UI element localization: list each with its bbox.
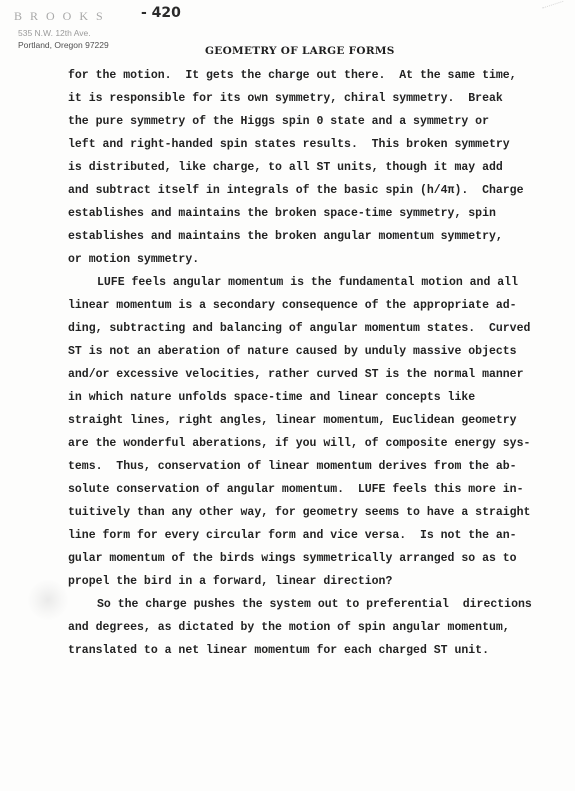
text-line: establishes and maintains the broken ang…	[68, 225, 532, 248]
text-line: So the charge pushes the system out to p…	[68, 593, 532, 616]
text-line: and degrees, as dictated by the motion o…	[68, 616, 532, 639]
text-line: gular momentum of the birds wings symmet…	[68, 547, 532, 570]
text-line: ding, subtracting and balancing of angul…	[68, 317, 532, 340]
text-line: in which nature unfolds space-time and l…	[68, 386, 532, 409]
stamp-address: 535 N.W. 12th Ave.	[18, 28, 91, 38]
text-line: and subtract itself in integrals of the …	[68, 179, 532, 202]
text-line: and/or excessive velocities, rather curv…	[68, 363, 532, 386]
text-line: tems. Thus, conservation of linear momen…	[68, 455, 532, 478]
document-body: for the motion. It gets the charge out t…	[68, 64, 532, 662]
text-line: for the motion. It gets the charge out t…	[68, 64, 532, 87]
text-line: solute conservation of angular momentum.…	[68, 478, 532, 501]
stamp-city: Portland, Oregon 97229	[18, 40, 109, 50]
text-line: is distributed, like charge, to all ST u…	[68, 156, 532, 179]
page-number-handwritten: - 420	[141, 5, 181, 21]
text-line: or motion symmetry.	[68, 248, 532, 271]
text-line: the pure symmetry of the Higgs spin 0 st…	[68, 110, 532, 133]
text-line: are the wonderful aberations, if you wil…	[68, 432, 532, 455]
text-line: LUFE feels angular momentum is the funda…	[68, 271, 532, 294]
text-line: line form for every circular form and vi…	[68, 524, 532, 547]
text-line: translated to a net linear momentum for …	[68, 639, 532, 662]
text-line: tuitively than any other way, for geomet…	[68, 501, 532, 524]
text-line: straight lines, right angles, linear mom…	[68, 409, 532, 432]
paper-smudge	[28, 580, 68, 620]
text-line: propel the bird in a forward, linear dir…	[68, 570, 532, 593]
text-line: linear momentum is a secondary consequen…	[68, 294, 532, 317]
text-line: it is responsible for its own symmetry, …	[68, 87, 532, 110]
document-title: GEOMETRY OF LARGE FORMS	[205, 45, 395, 57]
corner-mark	[542, 1, 566, 16]
stamp-name: BROOKS	[14, 9, 111, 24]
text-line: establishes and maintains the broken spa…	[68, 202, 532, 225]
text-line: left and right-handed spin states result…	[68, 133, 532, 156]
text-line: ST is not an aberation of nature caused …	[68, 340, 532, 363]
